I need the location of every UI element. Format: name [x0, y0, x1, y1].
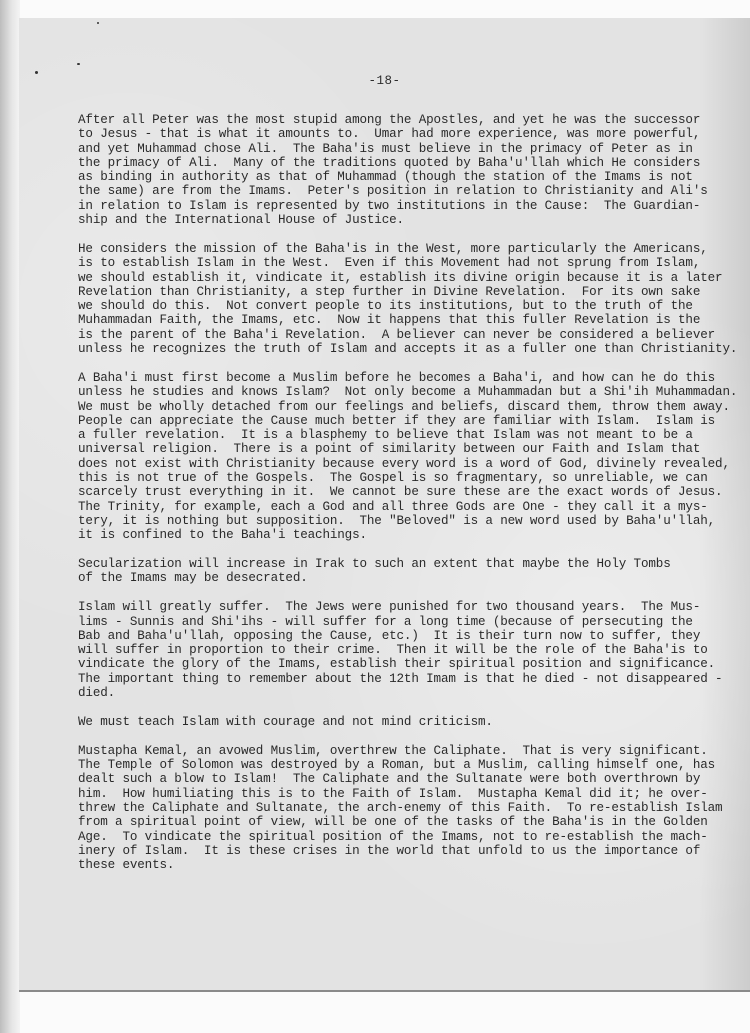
text-line: tery, it is nothing but supposition. The… [78, 514, 750, 528]
text-line: these events. [78, 858, 750, 872]
text-line: Bab and Baha'u'llah, opposing the Cause,… [78, 629, 750, 643]
text-line: Muhammadan Faith, the Imams, etc. Now it… [78, 313, 750, 327]
paragraph: Secularization will increase in Irak to … [78, 557, 750, 586]
text-line: We must be wholly detached from our feel… [78, 400, 750, 414]
text-line: Age. To vindicate the spiritual position… [78, 830, 750, 844]
text-line: in relation to Islam is represented by t… [78, 199, 750, 213]
scan-speck [77, 63, 80, 65]
text-line: him. How humiliating this is to the Fait… [78, 787, 750, 801]
text-line: vindicate the glory of the Imams, establ… [78, 657, 750, 671]
paragraph: Islam will greatly suffer. The Jews were… [78, 600, 750, 700]
text-line: and yet Muhammad chose Ali. The Baha'is … [78, 142, 750, 156]
text-line: Mustapha Kemal, an avowed Muslim, overth… [78, 744, 750, 758]
text-line: this is not true of the Gospels. The Gos… [78, 471, 750, 485]
page-number: -18- [19, 74, 750, 88]
text-line: the primacy of Ali. Many of the traditio… [78, 156, 750, 170]
text-line: we should establish it, vindicate it, es… [78, 271, 750, 285]
text-line: will suffer in proportion to their crime… [78, 643, 750, 657]
text-line: died. [78, 686, 750, 700]
paragraph: Mustapha Kemal, an avowed Muslim, overth… [78, 744, 750, 873]
text-line: it is confined to the Baha'i teachings. [78, 528, 750, 542]
text-line: A Baha'i must first become a Muslim befo… [78, 371, 750, 385]
paragraph: We must teach Islam with courage and not… [78, 715, 750, 729]
text-line: We must teach Islam with courage and not… [78, 715, 750, 729]
text-line: The Trinity, for example, each a God and… [78, 500, 750, 514]
paragraph: He considers the mission of the Baha'is … [78, 242, 750, 356]
text-line: The Temple of Solomon was destroyed by a… [78, 758, 750, 772]
paragraph: After all Peter was the most stupid amon… [78, 113, 750, 227]
text-line: unless he recognizes the truth of Islam … [78, 342, 750, 356]
text-line: Revelation than Christianity, a step fur… [78, 285, 750, 299]
text-line: the same) are from the Imams. Peter's po… [78, 184, 750, 198]
scanner-margin [0, 0, 20, 1033]
text-line: is to establish Islam in the West. Even … [78, 256, 750, 270]
text-line: Secularization will increase in Irak to … [78, 557, 750, 571]
text-line: ship and the International House of Just… [78, 213, 750, 227]
document-page: -18- After all Peter was the most stupid… [19, 18, 750, 992]
text-line: from a spiritual point of view, will be … [78, 815, 750, 829]
text-line: unless he studies and knows Islam? Not o… [78, 385, 750, 399]
text-line: we should do this. Not convert people to… [78, 299, 750, 313]
text-line: The important thing to remember about th… [78, 672, 750, 686]
text-line: Islam will greatly suffer. The Jews were… [78, 600, 750, 614]
text-line: of the Imams may be desecrated. [78, 571, 750, 585]
scan-speck [97, 22, 99, 24]
text-line: universal religion. There is a point of … [78, 442, 750, 456]
text-line: as binding in authority as that of Muham… [78, 170, 750, 184]
text-line: dealt such a blow to Islam! The Caliphat… [78, 772, 750, 786]
text-line: scarcely trust everything in it. We cann… [78, 485, 750, 499]
document-body: After all Peter was the most stupid amon… [78, 113, 750, 887]
text-line: is the parent of the Baha'i Revelation. … [78, 328, 750, 342]
text-line: lims - Sunnis and Shi'ihs - will suffer … [78, 615, 750, 629]
text-line: He considers the mission of the Baha'is … [78, 242, 750, 256]
text-line: inery of Islam. It is these crises in th… [78, 844, 750, 858]
text-line: threw the Caliphate and Sultanate, the a… [78, 801, 750, 815]
text-line: to Jesus - that is what it amounts to. U… [78, 127, 750, 141]
text-line: People can appreciate the Cause much bet… [78, 414, 750, 428]
paragraph: A Baha'i must first become a Muslim befo… [78, 371, 750, 543]
text-line: After all Peter was the most stupid amon… [78, 113, 750, 127]
text-line: does not exist with Christianity because… [78, 457, 750, 471]
text-line: a fuller revelation. It is a blasphemy t… [78, 428, 750, 442]
